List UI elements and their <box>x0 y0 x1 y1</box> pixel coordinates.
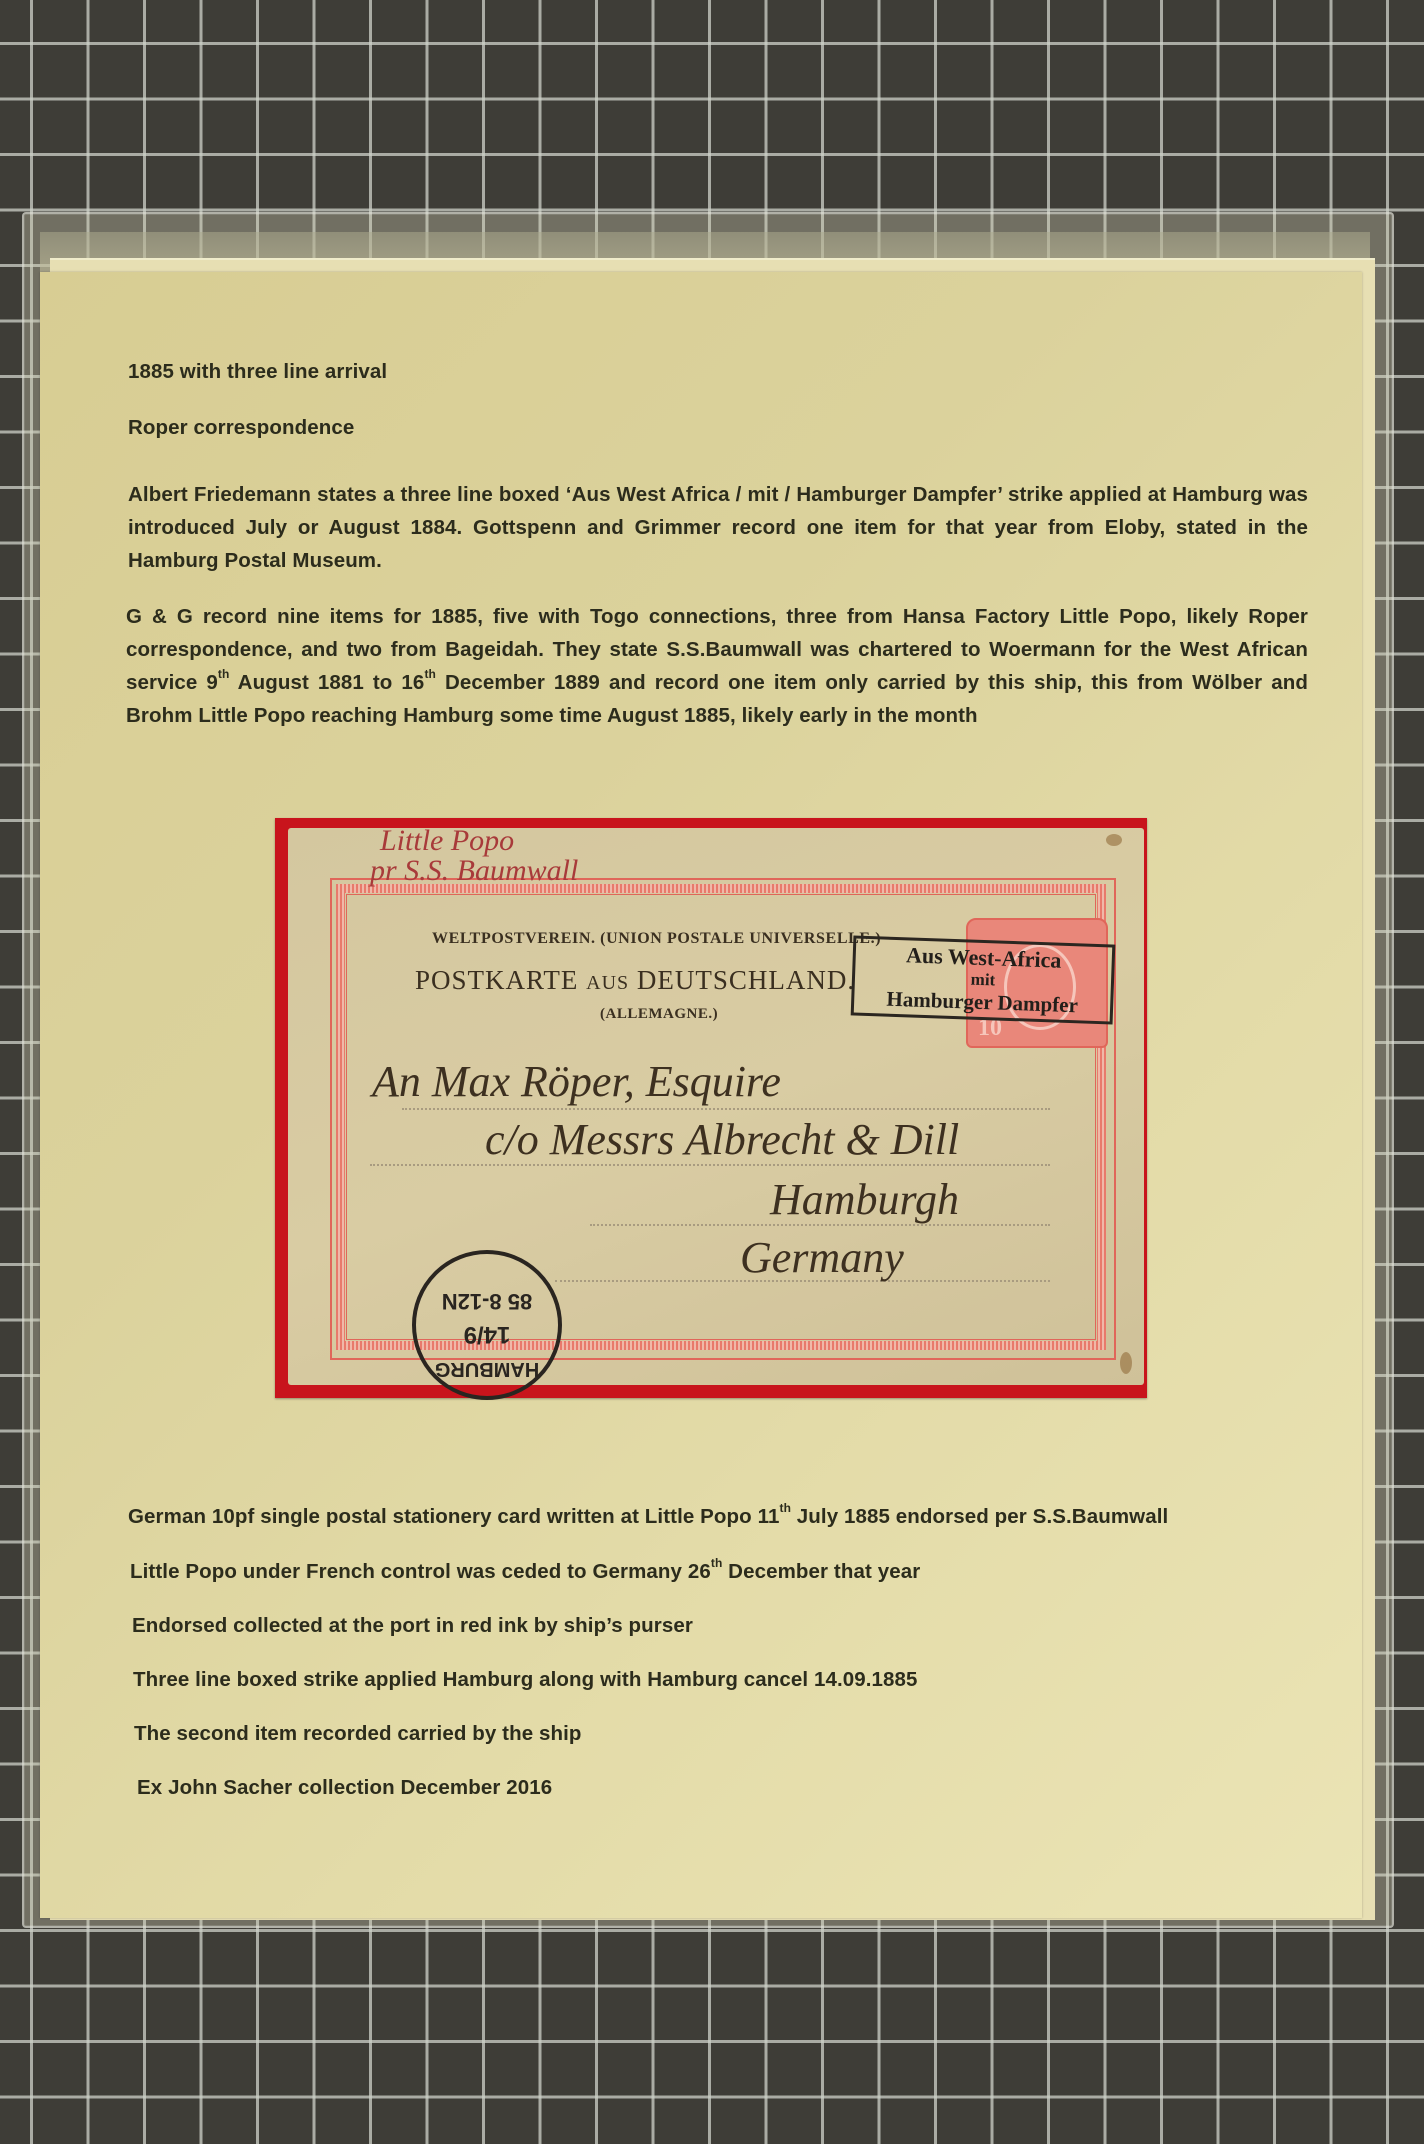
address-line-3: Hamburgh <box>770 1174 959 1225</box>
note-4: Three line boxed strike applied Hamburg … <box>133 1663 1313 1696</box>
cancel-date: 14/9 <box>416 1320 558 1348</box>
address-line-4: Germany <box>740 1232 904 1283</box>
note-1: German 10pf single postal stationery car… <box>128 1500 1308 1533</box>
note-3: Endorsed collected at the port in red in… <box>132 1609 1312 1642</box>
stain-spot <box>1120 1352 1132 1374</box>
stain-spot <box>1106 834 1122 846</box>
paragraph-friedemann: Albert Friedemann states a three line bo… <box>128 478 1308 577</box>
weltpostverein-header: WELTPOSTVEREIN. (UNION POSTALE UNIVERSEL… <box>432 930 881 948</box>
boxed-strike-aus-west-africa: Aus West-Africa mit Hamburger Dampfer <box>851 935 1116 1024</box>
cancel-year-time: 85 8-12N <box>416 1288 558 1314</box>
paragraph-1-text: Albert Friedemann states a three line bo… <box>128 478 1308 577</box>
hamburg-postmark-cancel: HAMBURG 14/9 85 8-12N <box>412 1250 562 1400</box>
allemagne-subtitle: (ALLEMAGNE.) <box>600 1006 718 1023</box>
address-dotted-line <box>402 1108 1050 1110</box>
address-line-1: An Max Röper, Esquire <box>372 1056 781 1107</box>
paragraph-g-and-g: G & G record nine items for 1885, five w… <box>126 600 1308 732</box>
cancel-city: HAMBURG <box>416 1357 558 1380</box>
paragraph-2-text: G & G record nine items for 1885, five w… <box>126 600 1308 732</box>
manuscript-endorsement-line-1: Little Popo <box>380 826 514 856</box>
heading-text: 1885 with three line arrival <box>128 355 1308 388</box>
note-5: The second item recorded carried by the … <box>134 1717 1314 1750</box>
postkarte-title: POSTKARTE AUS DEUTSCHLAND. <box>415 965 855 996</box>
manuscript-endorsement-line-2: pr S.S. Baumwall <box>370 856 578 886</box>
note-6: Ex John Sacher collection December 2016 <box>137 1771 1317 1804</box>
subheading-text: Roper correspondence <box>128 411 1308 444</box>
page-heading: 1885 with three line arrival <box>128 355 1308 388</box>
note-2: Little Popo under French control was ced… <box>130 1555 1310 1588</box>
page-subheading: Roper correspondence <box>128 411 1308 444</box>
address-line-2: c/o Messrs Albrecht & Dill <box>485 1114 959 1165</box>
